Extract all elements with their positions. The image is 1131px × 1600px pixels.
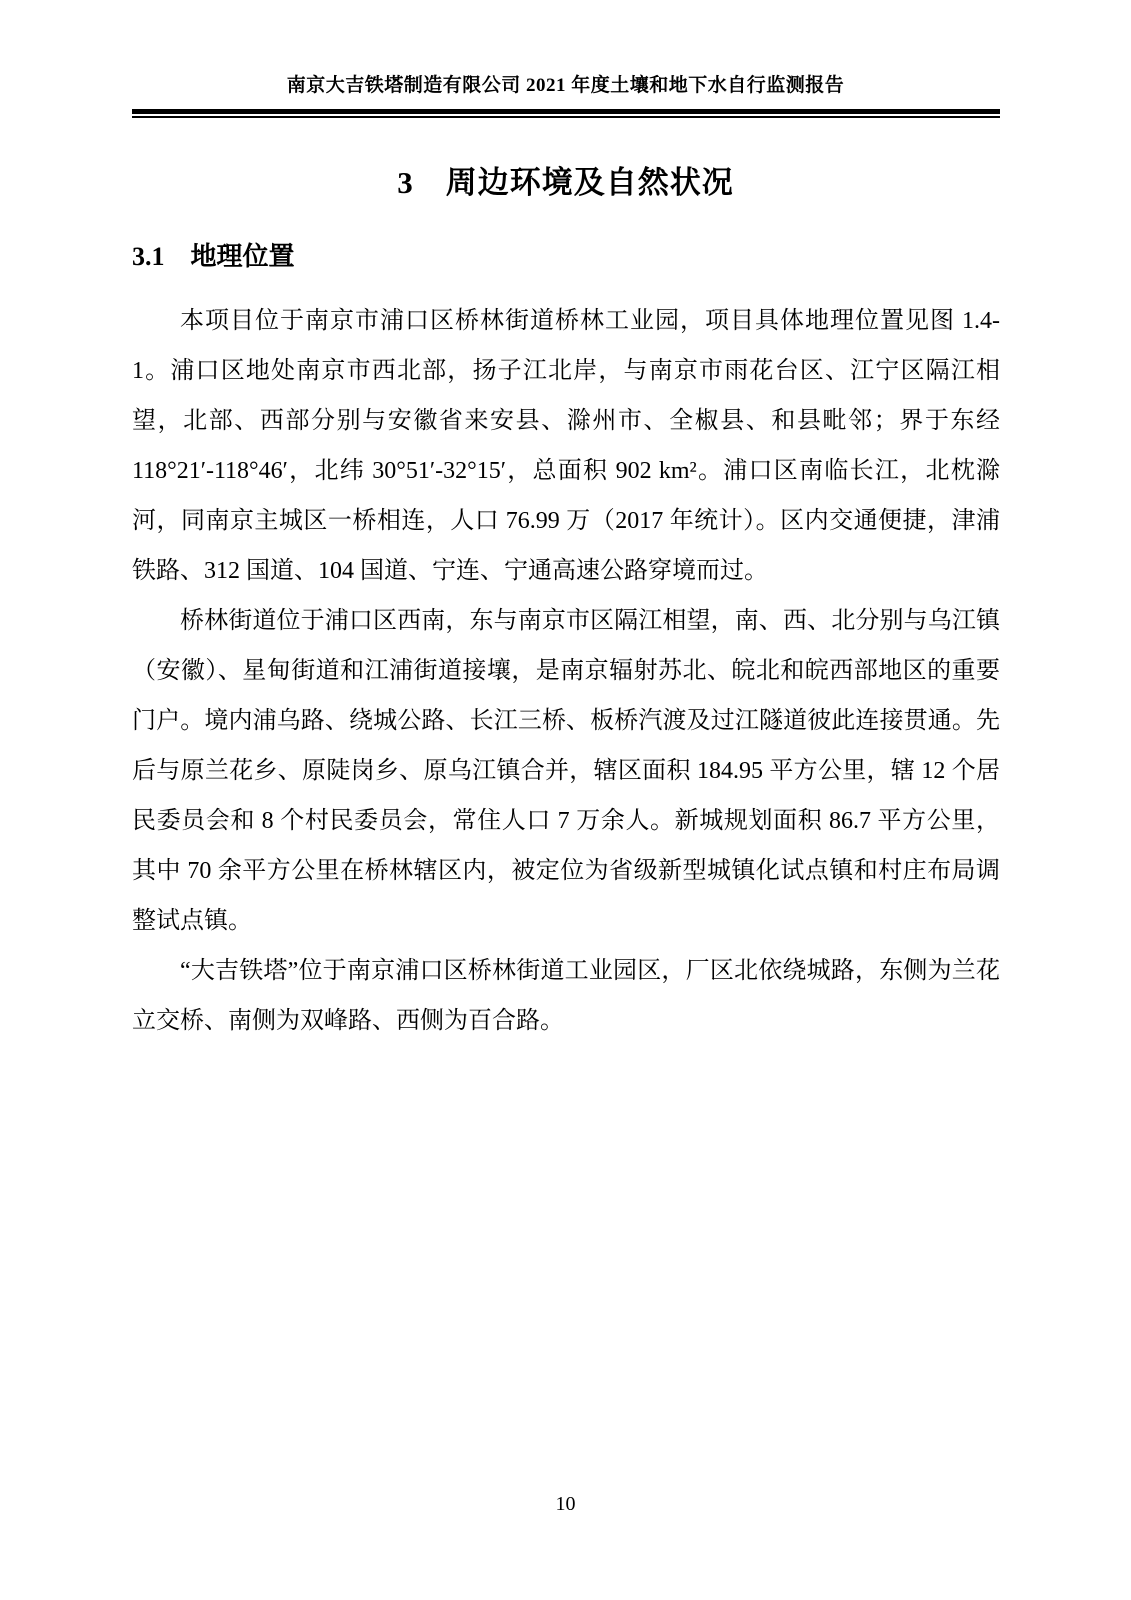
header-double-rule <box>132 109 1000 118</box>
paragraph-daji-tower-site: “大吉铁塔”位于南京浦口区桥林街道工业园区，厂区北依绕城路，东侧为兰花立交桥、南… <box>132 946 1000 1046</box>
section-text: 本项目位于南京市浦口区桥林街道桥林工业园，项目具体地理位置见图 1.4-1。浦口… <box>132 296 1000 1046</box>
section-heading: 3.1 地理位置 <box>132 242 1131 272</box>
chapter-title: 3 周边环境及自然状况 <box>0 164 1131 201</box>
paragraph-location-overview: 本项目位于南京市浦口区桥林街道桥林工业园，项目具体地理位置见图 1.4-1。浦口… <box>132 296 1000 596</box>
page-header: 南京大吉铁塔制造有限公司 2021 年度土壤和地下水自行监测报告 <box>0 0 1131 118</box>
page-body: 3 周边环境及自然状况 3.1 地理位置 本项目位于南京市浦口区桥林街道桥林工业… <box>0 164 1131 1046</box>
page-number: 10 <box>556 1493 576 1515</box>
page-footer: 10 <box>0 1492 1131 1516</box>
report-header-title: 南京大吉铁塔制造有限公司 2021 年度土壤和地下水自行监测报告 <box>0 74 1131 98</box>
paragraph-qiaolin-street: 桥林街道位于浦口区西南，东与南京市区隔江相望，南、西、北分别与乌江镇（安徽）、星… <box>132 596 1000 946</box>
document-page: 南京大吉铁塔制造有限公司 2021 年度土壤和地下水自行监测报告 3 周边环境及… <box>0 0 1131 1600</box>
